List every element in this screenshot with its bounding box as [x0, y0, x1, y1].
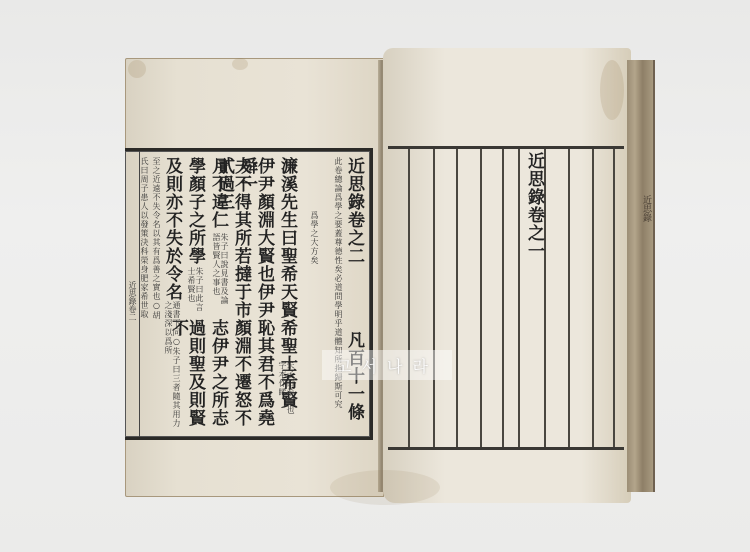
note-column: 爲學之大方矣 [300, 211, 318, 271]
text-column: 志伊尹之所志 [209, 319, 226, 427]
annotation-column: 朱子曰希望也字本作睎 [276, 361, 294, 421]
water-stain [128, 60, 146, 78]
volume-title: 近思錄卷之一 [522, 152, 547, 260]
annotation-column: 朱子曰說見書及論語皆賢人之事也 [210, 233, 228, 313]
left-print-frame: 近思錄卷二 近思錄卷之二 此卷總論爲學之要蓋尊德性矣必道問學明乎道體知所指歸斯可… [125, 148, 373, 440]
text-column: 月不違仁 [209, 157, 226, 229]
chapter-title: 近思錄卷之二 [345, 157, 362, 265]
watermark: 고서나라 [322, 350, 452, 380]
right-print-frame [388, 146, 624, 450]
open-book: 近思錄卷二 近思錄卷之二 此卷總論爲學之要蓋尊德性矣必道問學明乎道體知所指歸斯可… [0, 0, 750, 552]
annotation-column: 通書下同○朱子曰三者隨其用力之淺深以爲所 [162, 301, 180, 431]
edge-mark: 近思錄 [640, 195, 653, 222]
fold-title: 近思錄卷二 [127, 281, 138, 321]
water-stain [232, 58, 248, 70]
annotation-column: 至之近遠不失令名以其有爲善之實也○胡 [150, 157, 160, 437]
text-column: 學顏子之所學 [186, 157, 203, 265]
annotation-column: 氏曰周子患人以發策決科榮身肥家希世取 [138, 157, 148, 437]
chapter-note: 此卷總論爲學之要蓋尊德性矣必道問學明乎道體知所指歸斯可究 [322, 157, 342, 437]
page-edge-stack [627, 60, 655, 492]
water-stain [330, 470, 440, 505]
water-stain [600, 60, 624, 120]
text-column: 及則亦不失於令名 [163, 157, 180, 301]
annotation-column: 朱子曰此言士希賢也 [187, 267, 203, 317]
